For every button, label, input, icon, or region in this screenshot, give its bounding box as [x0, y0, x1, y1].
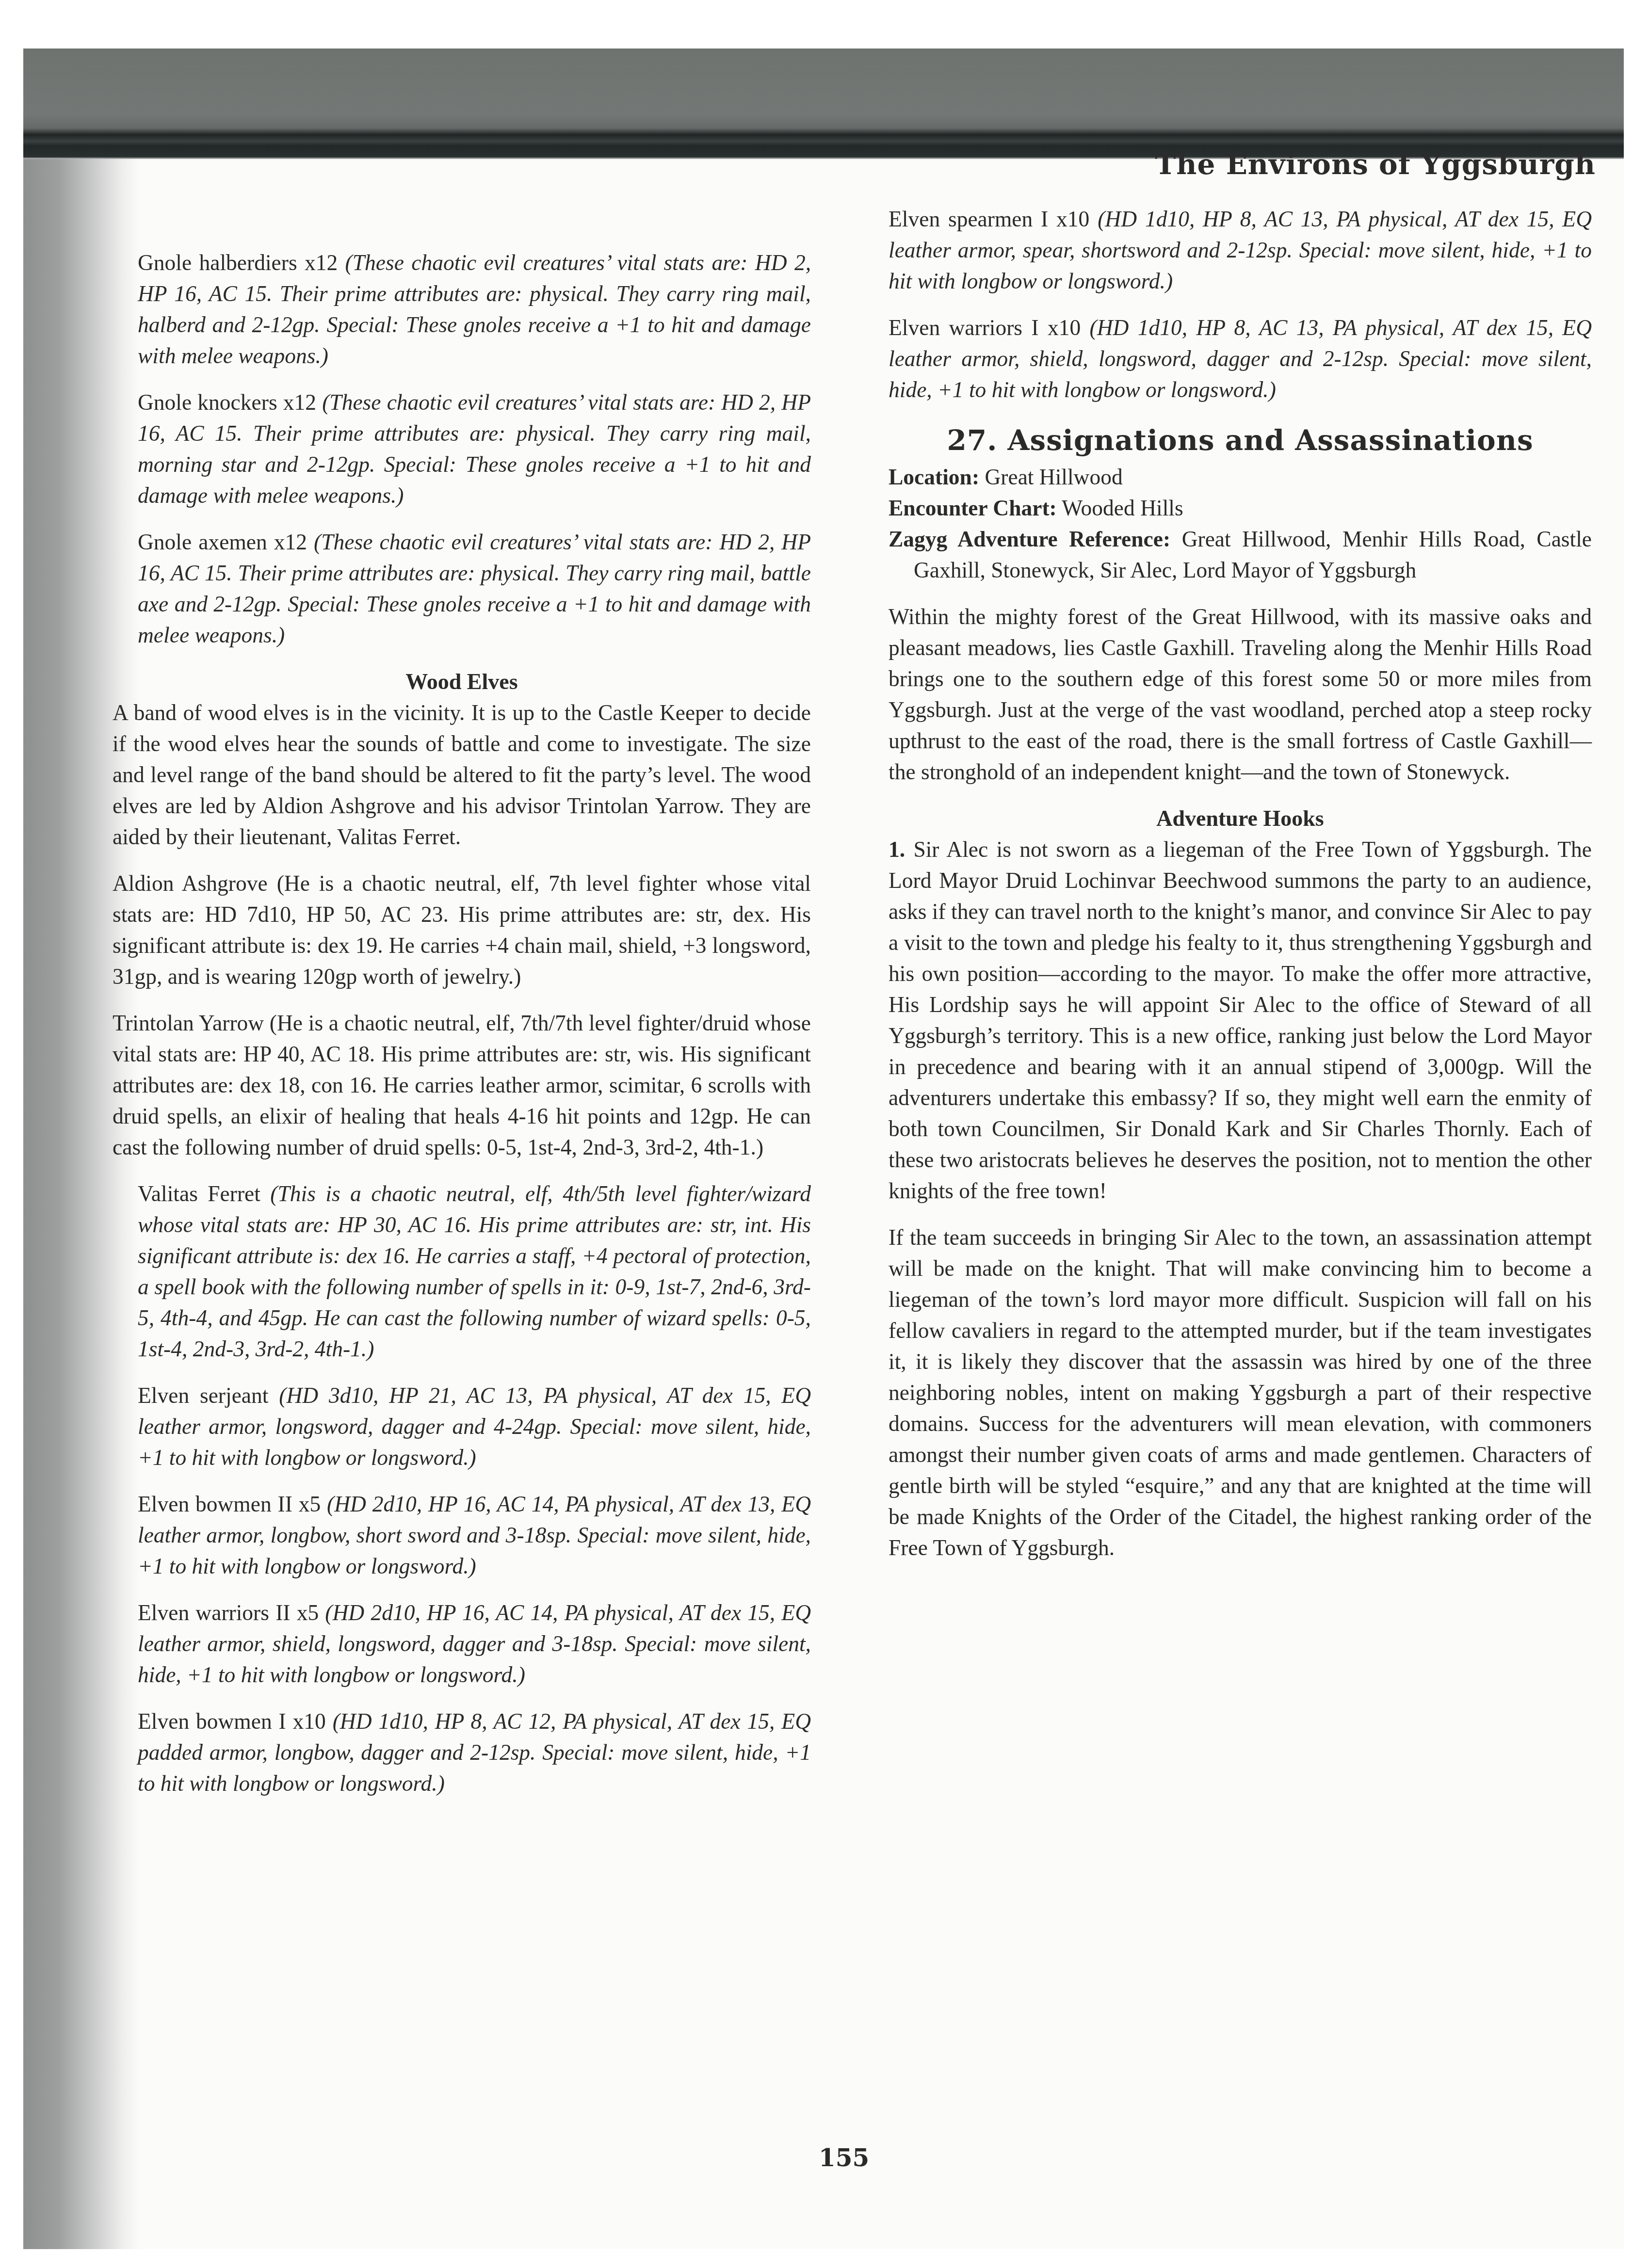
stat-block-gnole-halberdiers: Gnole halberdiers x12 (These chaotic evi… — [138, 247, 811, 371]
adventure-hook-1: 1. Sir Alec is not sworn as a liegeman o… — [889, 834, 1592, 1206]
page-number: 155 — [819, 2143, 869, 2172]
wood-elves-heading: Wood Elves — [113, 666, 811, 697]
meta-label: Location: — [889, 465, 979, 489]
creature-name: Gnole halberdiers x12 — [138, 250, 338, 275]
creature-name: Elven warriors II x5 — [138, 1600, 319, 1625]
hook-number: 1. — [889, 837, 905, 862]
elf-stat-blocks: Valitas Ferret (This is a chaotic neutra… — [113, 1178, 811, 1799]
left-column: Gnole halberdiers x12 (These chaotic evi… — [113, 247, 811, 1815]
stat-block-elven-bowmen-ii: Elven bowmen II x5 (HD 2d10, HP 16, AC 1… — [138, 1489, 811, 1582]
running-head: The Environs of Yggsburgh — [1155, 148, 1596, 181]
adventure-hooks-heading: Adventure Hooks — [889, 803, 1592, 834]
stat-block-elven-warriors-i: Elven warriors I x10 (HD 1d10, HP 8, AC … — [889, 312, 1592, 405]
encounter-meta: Location: Great Hillwood Encounter Chart… — [889, 462, 1592, 586]
hook-text: Sir Alec is not sworn as a liegeman of t… — [889, 837, 1592, 1203]
section-title: 27. Assignations and Assassinations — [889, 425, 1592, 456]
stat-block-elven-serjeant: Elven serjeant (HD 3d10, HP 21, AC 13, P… — [138, 1380, 811, 1473]
meta-value: Great Hillwood — [985, 465, 1122, 489]
adventure-hook-followup: If the team succeeds in bringing Sir Ale… — [889, 1222, 1592, 1563]
npc-name: Valitas Ferret — [138, 1181, 260, 1206]
stat-block-elven-spearmen-i: Elven spearmen I x10 (HD 1d10, HP 8, AC … — [889, 204, 1592, 297]
npc-valitas-ferret: Valitas Ferret (This is a chaotic neutra… — [138, 1178, 811, 1365]
meta-value: Wooded Hills — [1062, 496, 1183, 520]
npc-stats: (This is a chaotic neutral, elf, 4th/5th… — [138, 1181, 811, 1361]
meta-label: Encounter Chart: — [889, 496, 1057, 520]
stat-block-elven-warriors-ii: Elven warriors II x5 (HD 2d10, HP 16, AC… — [138, 1597, 811, 1690]
scanner-edge-band — [23, 48, 1624, 159]
meta-encounter-chart: Encounter Chart: Wooded Hills — [889, 493, 1592, 524]
creature-name: Elven bowmen II x5 — [138, 1492, 321, 1516]
meta-label: Zagyg Adventure Reference: — [889, 527, 1170, 551]
meta-location: Location: Great Hillwood — [889, 462, 1592, 493]
stat-block-gnole-axemen: Gnole axemen x12 (These chaotic evil cre… — [138, 527, 811, 651]
creature-name: Elven warriors I x10 — [889, 315, 1081, 340]
stat-block-gnole-knockers: Gnole knockers x12 (These chaotic evil c… — [138, 387, 811, 511]
creature-name: Gnole knockers x12 — [138, 390, 316, 415]
encounter-intro: Within the mighty forest of the Great Hi… — [889, 601, 1592, 788]
stat-block-elven-bowmen-i: Elven bowmen I x10 (HD 1d10, HP 8, AC 12… — [138, 1706, 811, 1799]
creature-name: Gnole axemen x12 — [138, 530, 307, 554]
creature-name: Elven bowmen I x10 — [138, 1709, 326, 1734]
meta-adventure-reference: Zagyg Adventure Reference: Great Hillwoo… — [889, 524, 1592, 586]
creature-name: Elven serjeant — [138, 1383, 268, 1408]
npc-aldion-ashgrove: Aldion Ashgrove (He is a chaotic neutral… — [113, 868, 811, 992]
npc-trintolan-yarrow: Trintolan Yarrow (He is a chaotic neutra… — [113, 1008, 811, 1163]
creature-name: Elven spearmen I x10 — [889, 207, 1089, 231]
wood-elves-intro: A band of wood elves is in the vicinity.… — [113, 697, 811, 853]
gnole-stat-blocks: Gnole halberdiers x12 (These chaotic evi… — [113, 247, 811, 651]
right-column: Elven spearmen I x10 (HD 1d10, HP 8, AC … — [889, 204, 1592, 1579]
